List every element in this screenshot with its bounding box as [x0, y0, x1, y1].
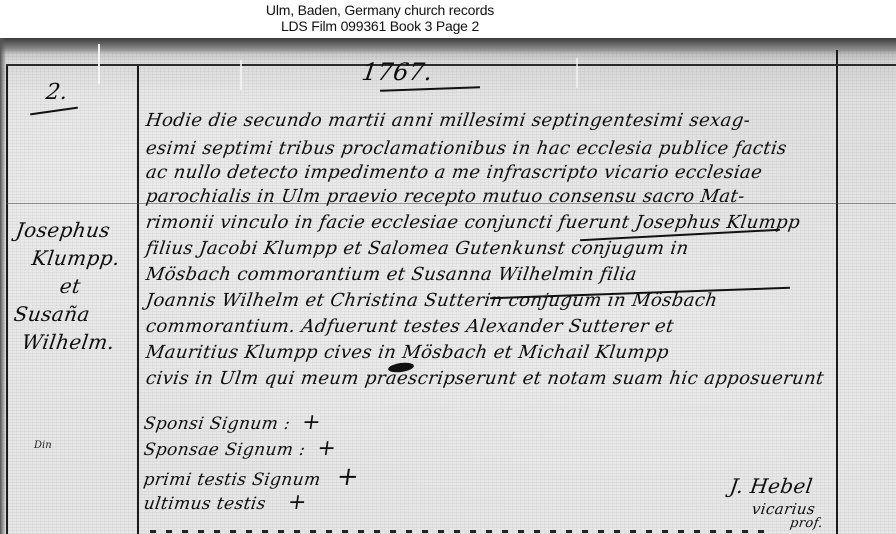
cut-off-next-entry: [150, 530, 770, 533]
film-scratch: [576, 58, 578, 88]
record-body-line: rimonii vinculo in facie ecclesiae conju…: [145, 212, 802, 233]
margin-column-rule: [137, 66, 139, 534]
signature-line: primi testis Signum +: [142, 462, 361, 492]
record-year: 1767.: [360, 58, 435, 86]
signature-label: primi testis Signum: [142, 470, 322, 490]
cross-mark-icon: +: [316, 436, 338, 461]
record-body-line: civis in Ulm qui meum praescripserunt et…: [145, 368, 826, 389]
record-body-line: Mauritius Klumpp cives in Mösbach et Mic…: [145, 342, 671, 363]
signature-label: ultimus testis: [142, 494, 267, 514]
year-underline: [380, 86, 480, 91]
top-border-rule: [6, 64, 896, 66]
right-column-rule: [836, 50, 838, 534]
record-body-line: filius Jacobi Klumpp et Salomea Gutenkun…: [145, 238, 691, 259]
officiant-signature-name: J. Hebel: [728, 474, 814, 498]
stray-ink-mark: Din: [34, 440, 52, 451]
document-caption: Ulm, Baden, Germany church records LDS F…: [0, 0, 760, 40]
signature-label: Sponsi Signum :: [142, 414, 291, 434]
officiant-signature-suffix: prof.: [789, 516, 824, 531]
cross-mark-icon: +: [335, 462, 361, 492]
signature-line: Sponsae Signum : +: [142, 436, 338, 461]
film-scratch: [98, 44, 100, 84]
cross-mark-icon: +: [300, 410, 322, 435]
record-body-line: parochialis in Ulm praevio recepto mutuo…: [145, 186, 747, 207]
record-body-line: esimi septimi tribus proclamationibus in…: [145, 138, 789, 159]
record-body-line: commorantium. Adfuerunt testes Alexander…: [145, 316, 676, 337]
signature-label: Sponsae Signum :: [142, 440, 306, 460]
margin-name-line: Klumpp.: [30, 246, 121, 270]
signature-line: ultimus testis +: [142, 490, 308, 515]
caption-film-reference: LDS Film 099361 Book 3 Page 2: [0, 18, 760, 34]
signature-line: Sponsi Signum : +: [142, 410, 323, 435]
record-body-line: Mösbach commorantium et Susanna Wilhelmi…: [145, 264, 639, 285]
left-border-rule: [6, 66, 8, 534]
page-top-shadow: [0, 38, 896, 54]
entry-number-underline: [30, 107, 78, 116]
film-scratch: [240, 60, 242, 90]
margin-name-line: et: [58, 274, 82, 298]
cross-mark-icon: +: [286, 490, 308, 515]
entry-number: 2.: [44, 80, 69, 105]
record-body-line: Hodie die secundo martii anni millesimi …: [145, 110, 752, 131]
margin-name-line: Susaña: [12, 302, 91, 326]
caption-location: Ulm, Baden, Germany church records: [0, 2, 760, 18]
scanned-register-page: 2. 1767. Josephus Klumpp. et Susaña Wilh…: [0, 38, 896, 534]
margin-name-line: Josephus: [14, 218, 112, 242]
margin-name-line: Wilhelm.: [20, 330, 116, 354]
record-body-line: ac nullo detecto impedimento a me infras…: [145, 162, 764, 183]
